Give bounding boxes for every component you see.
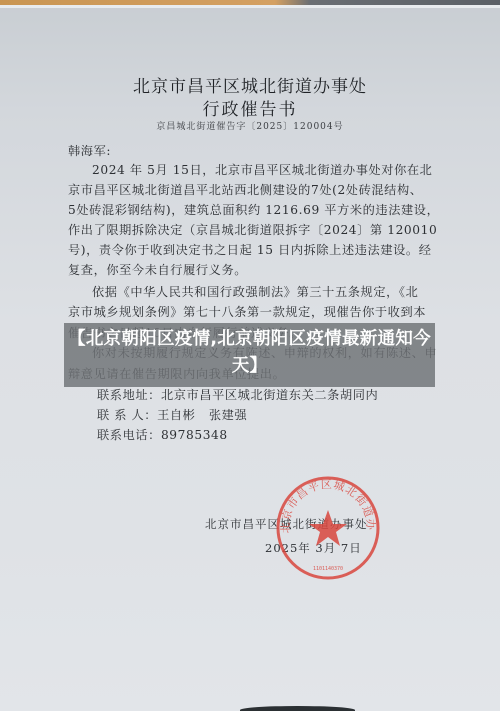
- contact-phone: 联系电话：89785348: [97, 427, 469, 443]
- svg-text:1101140370: 1101140370: [313, 566, 343, 572]
- contact-address: 联系地址：北京市昌平区城北街道东关二条胡同内: [97, 387, 469, 403]
- paragraph1-line: 复查，你至今未自行履行义务。: [68, 262, 440, 278]
- paragraph2-line: 依据《中华人民共和国行政强制法》第三十五条规定，《北: [92, 284, 464, 300]
- contact-person: 联 系 人：王自彬 张建强: [97, 407, 469, 423]
- document-number: 京昌城北街道催告字〔2025〕120004号: [0, 119, 500, 132]
- paragraph1-line: 作出了限期拆除决定（京昌城北街道限拆字〔2024〕第 120010: [68, 222, 440, 238]
- document-title-org: 北京市昌平区城北街道办事处: [0, 72, 500, 97]
- contact-address-label: 联系地址：: [97, 388, 161, 402]
- contact-phone-value: 89785348: [161, 428, 228, 442]
- paragraph1-line: 号)，责令你于收到决定书之日起 15 日内拆除上述违法建设。经: [68, 242, 440, 258]
- paragraph1-line: 京市昌平区城北街道昌平北站西北侧建设的7处(2处砖混结构、: [68, 182, 440, 198]
- paragraph1-line: 2024 年 5月 15日，北京市昌平区城北街道办事处对你在北: [92, 162, 464, 178]
- paragraph2-line: 京市城乡规划条例》第七十八条第一款规定，现催告你于收到本: [68, 304, 440, 320]
- paragraph1-line: 5处砖混彩钢结构)，建筑总面积约 1216.69 平方米的违法建设，: [68, 202, 440, 218]
- official-seal-icon: 北京市昌平区城北街道办事处 1101140370: [274, 474, 382, 582]
- object-edge-bottom: [240, 706, 355, 711]
- contact-phone-label: 联系电话：: [97, 428, 161, 442]
- addressee: 韩海军:: [68, 143, 440, 159]
- document-title-type: 行政催告书: [0, 95, 500, 120]
- contact-person-label: 联 系 人：: [97, 408, 157, 422]
- caption-banner-text: 【北京朝阳区疫情,北京朝阳区疫情最新通知今天】: [64, 326, 435, 380]
- contact-address-value: 北京市昌平区城北街道东关二条胡同内: [161, 388, 378, 402]
- contact-person-value: 王自彬 张建强: [157, 408, 247, 422]
